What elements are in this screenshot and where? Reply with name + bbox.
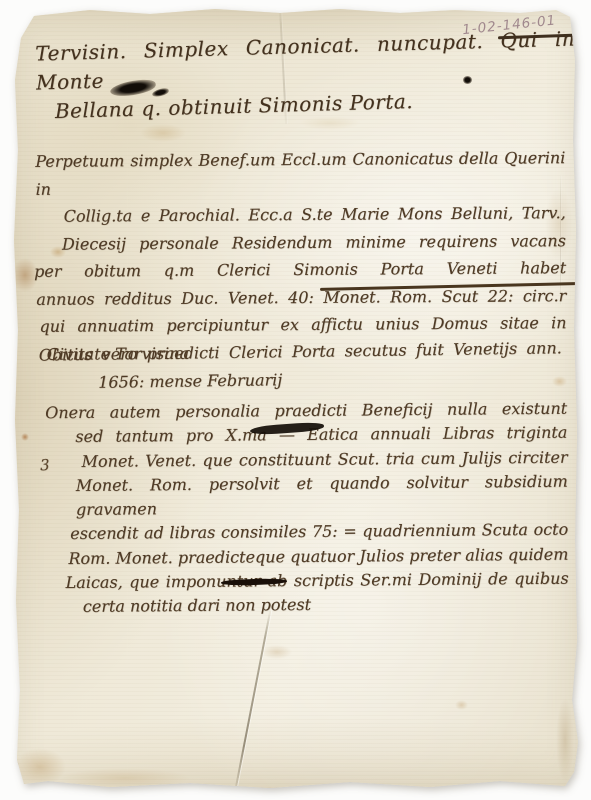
manuscript-line: Collig.ta e Parochial. Ecc.a S.te Marie …: [34, 199, 566, 230]
manuscript-scan: 1-02-146-01 Tervisin. Simplex Canonicat.…: [0, 0, 591, 800]
stain: [14, 748, 66, 786]
scan-background: { "colors": { "paper": "#eae3d0", "ink":…: [0, 0, 591, 800]
paragraph-obitus: Obitus vero praedicti Clerici Porta secu…: [34, 334, 563, 397]
manuscript-line: per obitum q.m Clerici Simonis Porta Ven…: [34, 254, 566, 285]
stain: [10, 760, 19, 769]
manuscript-line: certa notitia dari non potest: [35, 591, 569, 620]
stain: [60, 768, 190, 788]
manuscript-line: Laicas, que imponuntur ab scriptis Ser.m…: [35, 567, 569, 596]
document-title: Tervisin. Simplex Canonicat. nuncupat. Q…: [35, 24, 577, 126]
stain: [140, 124, 186, 142]
stain: [262, 645, 292, 659]
ink-dot: [463, 76, 472, 84]
manuscript-line: Perpetuum simplex Benef.um Eccl.um Canon…: [33, 144, 565, 203]
stain: [455, 700, 468, 710]
paragraph-benefice: Perpetuum simplex Benef.um Eccl.um Canon…: [33, 144, 567, 368]
manuscript-page: 1-02-146-01 Tervisin. Simplex Canonicat.…: [0, 0, 591, 800]
manuscript-line: Diecesij personale Residendum minime req…: [34, 227, 566, 258]
stain: [21, 433, 29, 441]
manuscript-line: Monet. Rom. persolvit et quando solvitur…: [34, 470, 568, 523]
stain: [556, 698, 574, 782]
